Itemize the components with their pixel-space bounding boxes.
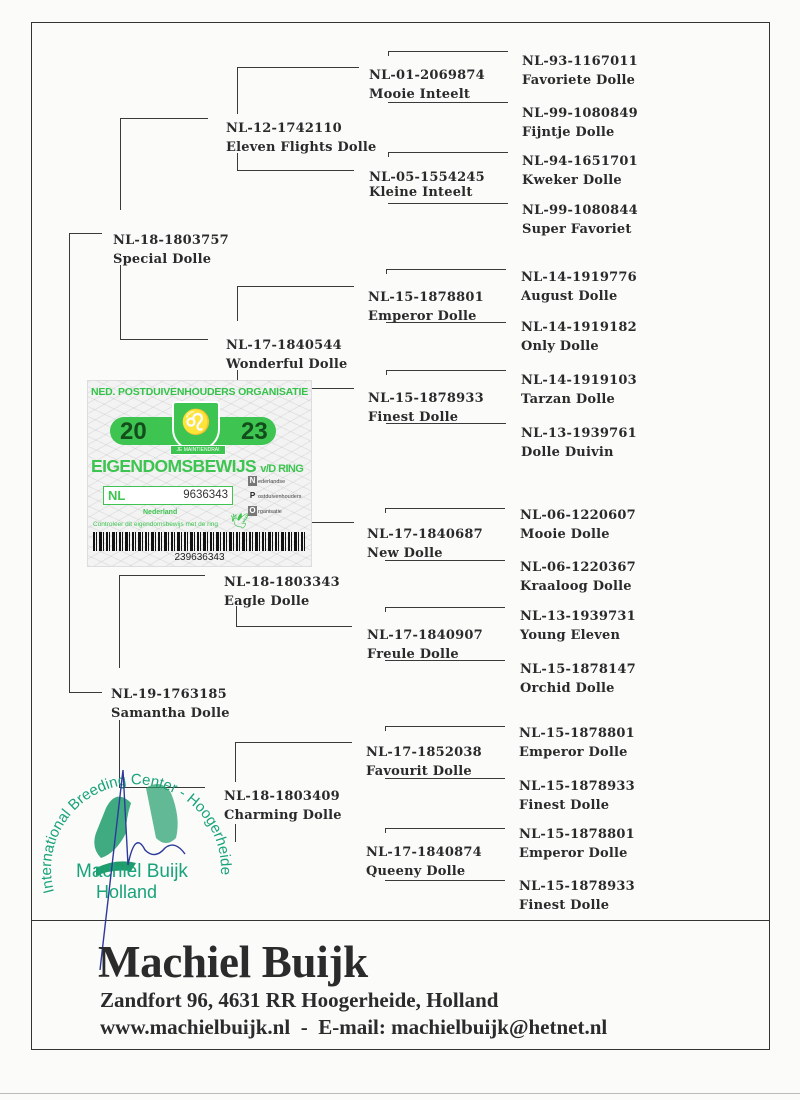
bird-gen3-8: NL-17-1840874 Queeny Dolle [366,843,482,881]
ring-number: NL-17-1840544 [226,336,347,355]
card-title: EIGENDOMSBEWIJS v/D RING [91,456,303,477]
page-edge-line [0,1093,800,1094]
bird-name: Finest Dolle [519,896,635,915]
bird-gen3-1: NL-01-2069874 Mooie Inteelt [369,66,485,104]
separator: - [301,1015,308,1039]
ring-number: NL-93-1167011 [522,52,638,71]
card-country: Nederland [143,509,177,516]
bird-name: Samantha Dolle [111,704,230,723]
bird-gen3-3: NL-15-1878801 Emperor Dolle [368,288,484,326]
ring-number: NL-15-1878933 [519,877,635,896]
npo-line-p: Postduivenhouders [248,491,308,501]
year-left: 20 [120,417,147,447]
bird-gen4-5: NL-14-1919776August Dolle [521,268,637,306]
ring-number: NL-99-1080844 [522,201,638,220]
bird-name: Young Eleven [520,626,636,645]
bird-name: Freule Dolle [367,645,483,664]
bird-gen4-9: NL-06-1220607Mooie Dolle [520,506,636,544]
ring-number: NL-99-1080849 [522,104,638,123]
bird-name: Favourit Dolle [366,762,482,781]
bird-gen4-12: NL-15-1878147Orchid Dolle [520,660,636,698]
bird-name: Kraaloog Dolle [520,577,636,596]
ring-number: NL-15-1878801 [519,724,635,743]
ring-number: NL-12-1742110 [226,119,377,138]
bird-gen2-1: NL-12-1742110 Eleven Flights Dolle [226,119,377,157]
bird-name: Mooie Inteelt [369,85,485,104]
card-title-main: EIGENDOMSBEWIJS [91,456,256,476]
bird-name: Dolle Duivin [521,443,637,462]
ownership-certificate: NED. POSTDUIVENHOUDERS ORGANISATIE ♌ 20 … [87,380,312,567]
ring-number: NL-15-1878933 [519,777,635,796]
ring-number: NL-94-1651701 [522,152,638,171]
ring-number: NL-18-1803409 [224,787,342,806]
bird-name: Finest Dolle [368,408,484,427]
card-organisation: NED. POSTDUIVENHOUDERS ORGANISATIE [88,386,311,398]
bird-name: Tarzan Dolle [521,390,637,409]
ring-number: NL-15-1878801 [368,288,484,307]
bird-dam: NL-19-1763185 Samantha Dolle [111,685,230,723]
ring-number: NL-05-1554245 [369,170,485,185]
ring-number: NL-17-1840874 [366,843,482,862]
country-code: NL [108,487,125,504]
bird-name: Favoriete Dolle [522,71,638,90]
ring-number: NL-13-1939731 [520,607,636,626]
year-right: 23 [241,417,268,447]
website-link[interactable]: www.machielbuijk.nl [100,1015,290,1039]
ring-number-box: NL 9636343 [103,486,233,505]
bird-gen4-10: NL-06-1220367Kraaloog Dolle [520,558,636,596]
lion-shield-icon: ♌ [172,401,220,451]
bird-gen3-2: NL-05-1554245 Kleine Inteelt [369,170,485,200]
bird-name: Eleven Flights Dolle [226,138,377,157]
ring-number: NL-06-1220367 [520,558,636,577]
bird-gen4-2: NL-99-1080849Fijntje Dolle [522,104,638,142]
email-label: E-mail: [318,1015,386,1039]
bird-gen4-1: NL-93-1167011Favoriete Dolle [522,52,638,90]
bird-gen4-3: NL-94-1651701Kweker Dolle [522,152,638,190]
dove-icon: 🕊 [230,514,249,529]
bird-name: Kweker Dolle [522,171,638,190]
ring-number: NL-17-1852038 [366,743,482,762]
bird-gen4-11: NL-13-1939731Young Eleven [520,607,636,645]
bird-gen2-2: NL-17-1840544 Wonderful Dolle [226,336,347,374]
bird-name: Emperor Dolle [519,844,635,863]
breeder-address: Zandfort 96, 4631 RR Hoogerheide, Hollan… [100,987,498,1013]
barcode [93,532,305,551]
bird-gen3-6: NL-17-1840907 Freule Dolle [367,626,483,664]
ring-number: NL-18-1803343 [224,573,340,592]
bird-gen4-7: NL-14-1919103Tarzan Dolle [521,371,637,409]
bird-gen2-4: NL-18-1803409 Charming Dolle [224,787,342,825]
card-instructions: Controleer dit eigendomsbewijs met de ri… [93,521,218,528]
bird-gen4-4: NL-99-1080844Super Favoriet [522,201,638,239]
bird-name: New Dolle [367,544,483,563]
bird-name: Emperor Dolle [519,743,635,762]
bird-sire: NL-18-1803757 Special Dolle [113,231,229,269]
bird-name: Special Dolle [113,250,229,269]
breeder-name: Machiel Buijk [98,935,368,989]
ring-number: NL-17-1840687 [367,525,483,544]
ring-number: NL-18-1803757 [113,231,229,250]
bird-name: Orchid Dolle [520,679,636,698]
ring-number: NL-19-1763185 [111,685,230,704]
bird-name: Only Dolle [521,337,637,356]
bird-gen4-16: NL-15-1878933Finest Dolle [519,877,635,915]
ring-number: NL-14-1919776 [521,268,637,287]
ring-number: NL-06-1220607 [520,506,636,525]
ring-number: NL-17-1840907 [367,626,483,645]
bird-name: Queeny Dolle [366,862,482,881]
bird-name: Charming Dolle [224,806,342,825]
bird-gen4-6: NL-14-1919182Only Dolle [521,318,637,356]
bird-name: Super Favoriet [522,220,638,239]
ring-number: NL-15-1878801 [519,825,635,844]
email-link[interactable]: machielbuijk@hetnet.nl [391,1015,607,1039]
ring-number: NL-15-1878147 [520,660,636,679]
bird-gen4-14: NL-15-1878933Finest Dolle [519,777,635,815]
bird-gen3-5: NL-17-1840687 New Dolle [367,525,483,563]
breeder-contact: www.machielbuijk.nl - E-mail: machielbui… [100,1014,607,1040]
ring-number: NL-15-1878933 [368,389,484,408]
bird-name: August Dolle [521,287,637,306]
bird-gen4-13: NL-15-1878801Emperor Dolle [519,724,635,762]
bird-name: Wonderful Dolle [226,355,347,374]
bird-name: Kleine Inteelt [369,185,485,200]
bird-name: Finest Dolle [519,796,635,815]
barcode-number: 239636343 [88,552,311,563]
bird-name: Fijntje Dolle [522,123,638,142]
bird-name: Eagle Dolle [224,592,340,611]
card-motto: JE MAINTIENDRAI [170,445,226,455]
ring-number: NL-14-1919103 [521,371,637,390]
bird-gen3-4: NL-15-1878933 Finest Dolle [368,389,484,427]
bird-gen4-15: NL-15-1878801Emperor Dolle [519,825,635,863]
bird-gen2-3: NL-18-1803343 Eagle Dolle [224,573,340,611]
bird-gen4-8: NL-13-1939761Dolle Duivin [521,424,637,462]
bird-name: Emperor Dolle [368,307,484,326]
npo-line-n: Nederlandse [248,476,308,486]
card-title-suffix: v/D RING [260,463,303,475]
bird-name: Mooie Dolle [520,525,636,544]
card-ring-number: 9636343 [183,487,228,504]
npo-line-o: Organisatie [248,506,308,516]
ring-number: NL-14-1919182 [521,318,637,337]
bird-gen3-7: NL-17-1852038 Favourit Dolle [366,743,482,781]
ring-number: NL-01-2069874 [369,66,485,85]
ring-number: NL-13-1939761 [521,424,637,443]
